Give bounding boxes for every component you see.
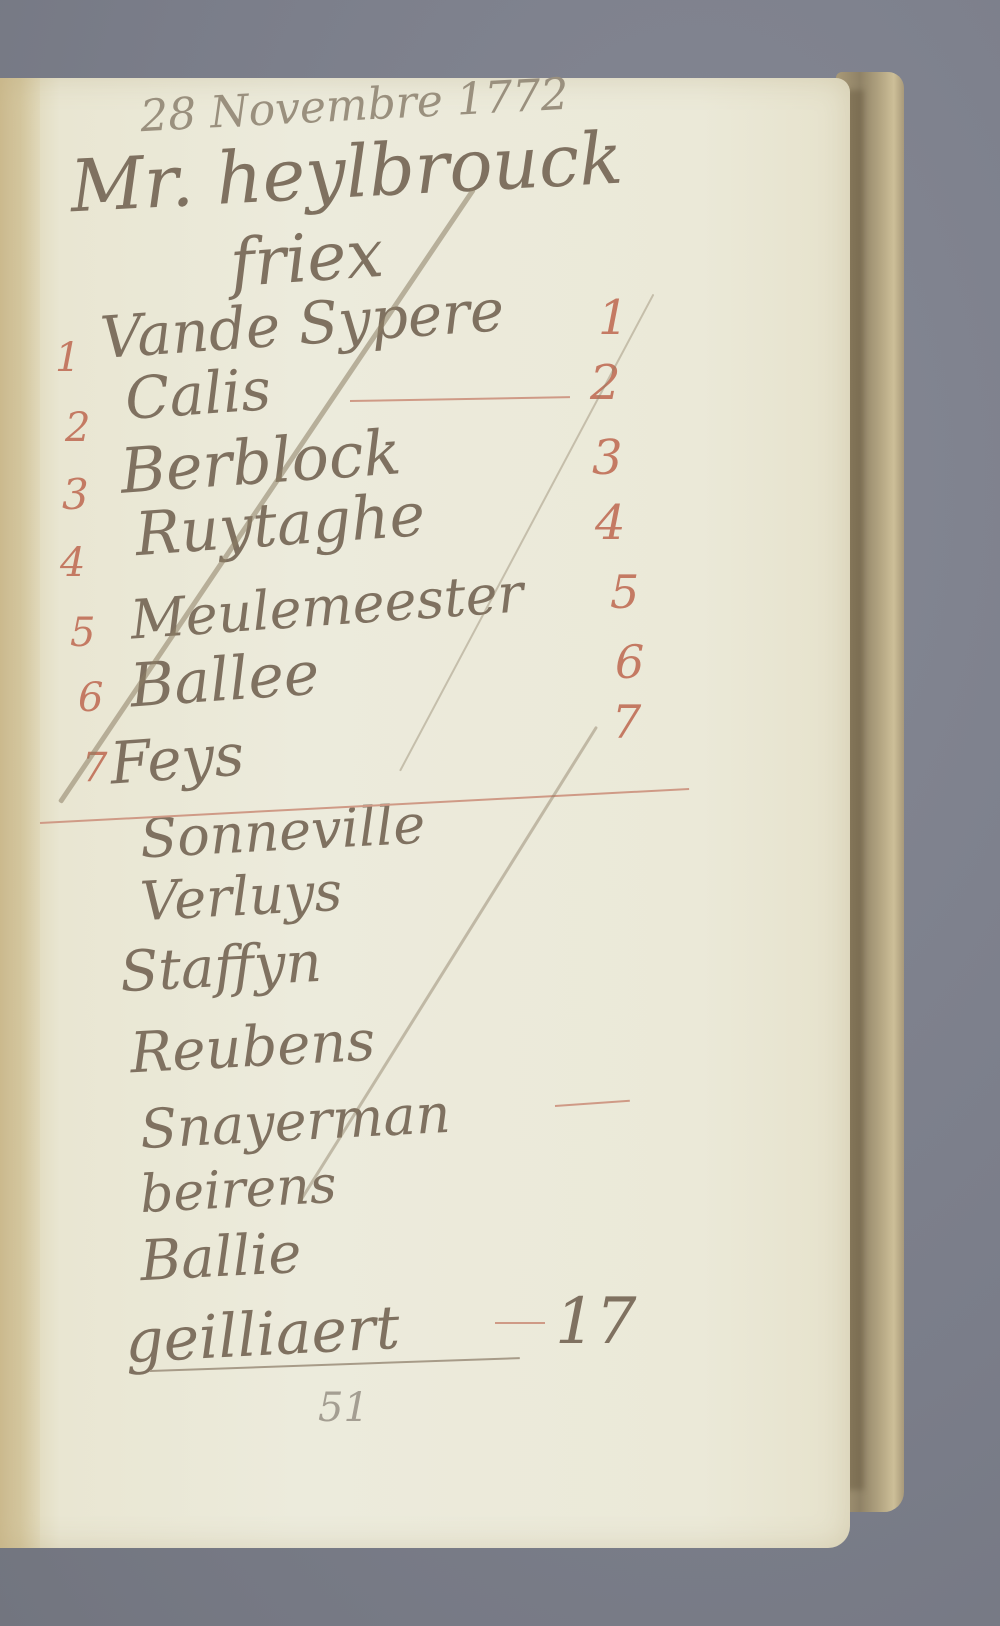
total-count: 17 — [555, 1285, 636, 1359]
name-item: Verluys — [138, 860, 343, 933]
name-item: Reubens — [128, 1009, 376, 1087]
page-gutter-stain — [0, 78, 40, 1548]
left-margin-number: 4 — [60, 540, 85, 586]
right-margin-number: 3 — [592, 430, 623, 486]
left-margin-number: 2 — [65, 405, 90, 451]
right-margin-number: 7 — [612, 695, 641, 749]
left-margin-number: 5 — [70, 610, 95, 656]
name-item: Ballee — [128, 638, 322, 721]
left-margin-number: 6 — [78, 675, 103, 721]
right-margin-number: 4 — [595, 495, 626, 551]
name-item: Calis — [123, 355, 273, 433]
name-item: Ballie — [138, 1221, 303, 1294]
red-rule-line — [495, 1322, 545, 1324]
page-number: 51 — [318, 1385, 369, 1431]
right-margin-number: 6 — [615, 635, 644, 689]
right-margin-number: 1 — [598, 290, 629, 346]
left-margin-number: 3 — [62, 470, 89, 519]
right-margin-number: 5 — [610, 565, 639, 619]
left-margin-number: 1 — [55, 335, 80, 381]
name-item: Feys — [108, 720, 246, 797]
name-item: Staffyn — [118, 930, 323, 1005]
